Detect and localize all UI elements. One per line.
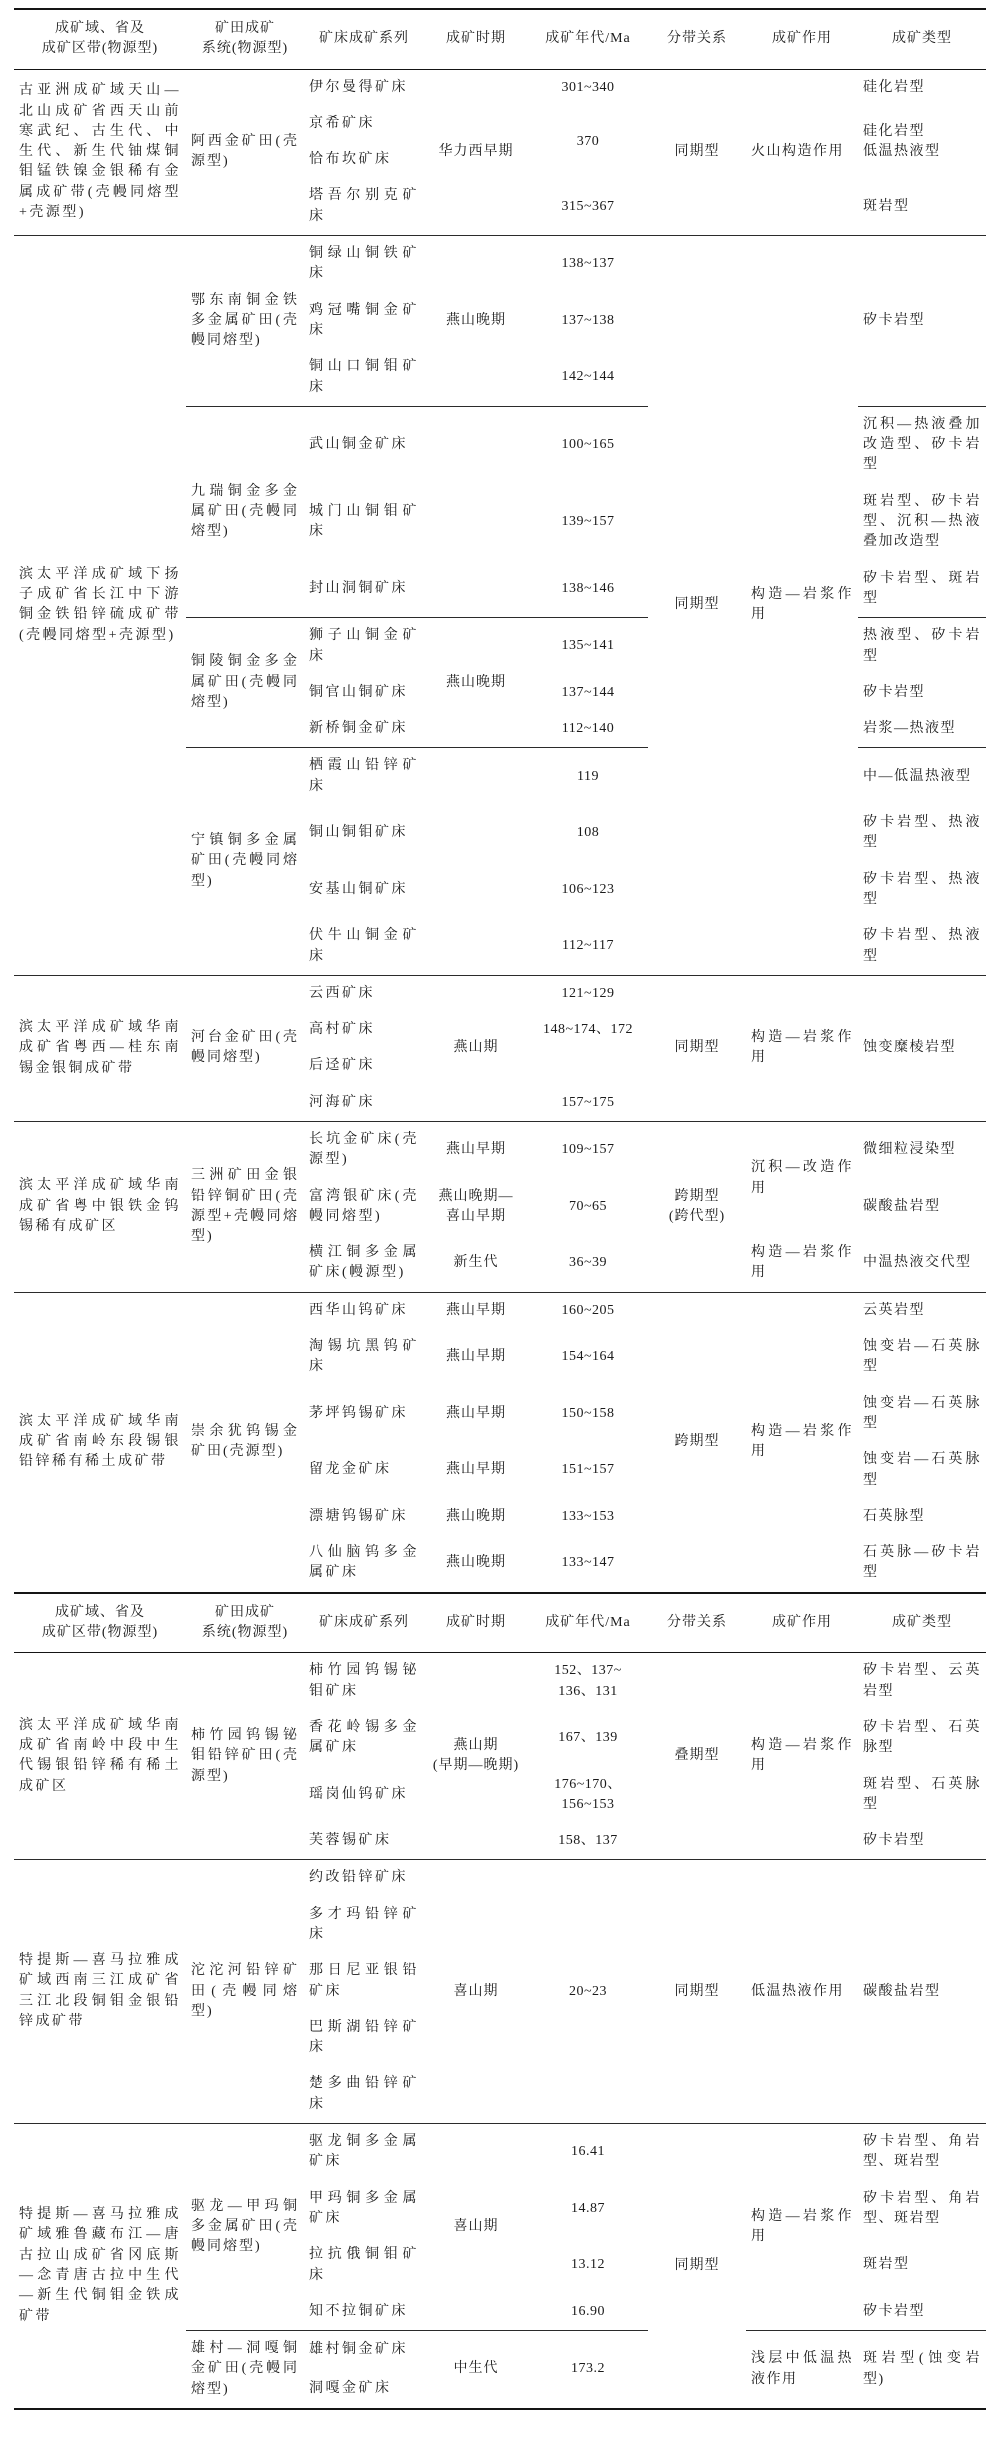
age-cell: 109~157 — [528, 1121, 648, 1178]
period-cell — [424, 406, 528, 617]
belt-cell: 滨太平洋成矿域华南成矿省粤西—桂东南锡金银铜成矿带 — [14, 975, 186, 1121]
age-cell: 121~129 — [528, 975, 648, 1012]
belt-cell: 特提斯—喜马拉雅成矿域雅鲁藏布江—唐古拉山成矿省冈底斯—念青唐古拉中生代—新生代… — [14, 2124, 186, 2409]
deposit-cell: 长坑金矿床(壳源型) — [304, 1121, 424, 1178]
deposit-cell: 狮子山铜金矿床 — [304, 618, 424, 675]
deposit-cell: 铜山铜钼矿床 — [304, 805, 424, 862]
type-cell: 矽卡岩型、角岩型、斑岩型 — [858, 2181, 986, 2238]
type-cell: 石英脉—矽卡岩型 — [858, 1535, 986, 1593]
age-cell: 14.87 — [528, 2181, 648, 2238]
period-cell: 燕山晚期 — [424, 1535, 528, 1593]
age-cell: 150~158 — [528, 1386, 648, 1443]
col-header-zoning: 分带关系 — [648, 1593, 746, 1653]
col-header-process: 成矿作用 — [746, 9, 858, 69]
deposit-cell: 多才玛铅锌矿床 — [304, 1897, 424, 1954]
age-cell: 157~175 — [528, 1085, 648, 1122]
col-header-process: 成矿作用 — [746, 1593, 858, 1653]
type-cell: 矽卡岩型、斑岩型 — [858, 561, 986, 618]
type-cell: 蚀变岩—石英脉型 — [858, 1329, 986, 1386]
age-cell: 173.2 — [528, 2331, 648, 2409]
age-cell: 160~205 — [528, 1292, 648, 1329]
age-cell: 301~340 — [528, 69, 648, 106]
table-row: 滨太平洋成矿域华南成矿省粤西—桂东南锡金银铜成矿带 河台金矿田(壳幔同熔型) 云… — [14, 975, 986, 1012]
type-cell: 硅化岩型 — [858, 69, 986, 106]
table-row: 滨太平洋成矿域下扬子成矿省长江中下游铜金铁铅锌硫成矿带(壳幔同熔型+壳源型) 鄂… — [14, 236, 986, 293]
deposit-cell: 驱龙铜多金属矿床 — [304, 2124, 424, 2181]
type-cell: 斑岩型 — [858, 2237, 986, 2294]
deposit-cell: 芙蓉锡矿床 — [304, 1823, 424, 1860]
period-cell: 燕山早期 — [424, 1442, 528, 1499]
age-cell — [528, 1048, 648, 1084]
age-cell: 70~65 — [528, 1179, 648, 1236]
deposit-cell: 伏牛山铜金矿床 — [304, 918, 424, 975]
age-cell: 16.41 — [528, 2124, 648, 2181]
type-cell: 斑岩型、石英脉型 — [858, 1767, 986, 1824]
process-cell: 构造—岩浆作用 — [746, 975, 858, 1121]
type-cell: 云英岩型 — [858, 1292, 986, 1329]
period-cell: 燕山早期 — [424, 1121, 528, 1178]
period-cell: 燕山晚期— 喜山早期 — [424, 1179, 528, 1236]
age-cell: 154~164 — [528, 1329, 648, 1386]
type-cell: 蚀变岩—石英脉型 — [858, 1386, 986, 1443]
orefield-cell: 崇余犹钨锡金矿田(壳源型) — [186, 1292, 304, 1592]
orefield-cell: 沱沱河铅锌矿田(壳幔同熔型) — [186, 1860, 304, 2124]
period-cell: 燕山早期 — [424, 1329, 528, 1386]
period-cell: 华力西早期 — [424, 69, 528, 235]
type-cell: 碳酸盐岩型 — [858, 1179, 986, 1236]
table-row: 滨太平洋成矿域华南成矿省南岭中段中生代锡银铅锌稀有稀土成矿区 柿竹园钨锡铋钼铅锌… — [14, 1653, 986, 1710]
period-cell: 燕山期 (早期—晚期) — [424, 1653, 528, 1860]
metallogenic-table: 成矿域、省及 成矿区带(物源型) 矿田成矿 系统(物源型) 矿床成矿系列 成矿时… — [14, 8, 986, 2410]
deposit-cell: 留龙金矿床 — [304, 1442, 424, 1499]
table-row: 滨太平洋成矿域华南成矿省粤中银铁金钨锡稀有成矿区 三洲矿田金银铅锌铜矿田(壳源型… — [14, 1121, 986, 1178]
zoning-cell: 同期型 — [648, 69, 746, 235]
orefield-cell: 柿竹园钨锡铋钼铅锌矿田(壳源型) — [186, 1653, 304, 1860]
deposit-cell: 云西矿床 — [304, 975, 424, 1012]
process-cell: 构造—岩浆作用 — [746, 1653, 858, 1860]
age-cell: 133~153 — [528, 1499, 648, 1535]
table-row: 滨太平洋成矿域华南成矿省南岭东段锡银铅锌稀有稀土成矿带 崇余犹钨锡金矿田(壳源型… — [14, 1292, 986, 1329]
col-header-age: 成矿年代/Ma — [528, 1593, 648, 1653]
belt-cell: 滨太平洋成矿域华南成矿省粤中银铁金钨锡稀有成矿区 — [14, 1121, 186, 1292]
deposit-cell: 甲玛铜多金属矿床 — [304, 2181, 424, 2238]
belt-cell: 特提斯—喜马拉雅成矿域西南三江成矿省三江北段铜钼金银铅锌成矿带 — [14, 1860, 186, 2124]
type-cell: 硅化岩型 低温热液型 — [858, 106, 986, 179]
zoning-cell: 跨期型 (跨代型) — [648, 1121, 746, 1292]
type-cell: 碳酸盐岩型 — [858, 1860, 986, 2124]
col-header-belt: 成矿域、省及 成矿区带(物源型) — [14, 9, 186, 69]
age-cell: 370 — [528, 106, 648, 179]
col-header-belt: 成矿域、省及 成矿区带(物源型) — [14, 1593, 186, 1653]
table-header-row-repeat: 成矿域、省及 成矿区带(物源型) 矿田成矿 系统(物源型) 矿床成矿系列 成矿时… — [14, 1593, 986, 1653]
deposit-cell: 铜绿山铜铁矿床 — [304, 236, 424, 293]
type-cell: 矽卡岩型、云英岩型 — [858, 1653, 986, 1710]
age-cell: 112~117 — [528, 918, 648, 975]
belt-cell: 滨太平洋成矿域华南成矿省南岭东段锡银铅锌稀有稀土成矿带 — [14, 1292, 186, 1592]
col-header-orefield: 矿田成矿 系统(物源型) — [186, 1593, 304, 1653]
process-cell: 低温热液作用 — [746, 1860, 858, 2124]
deposit-cell: 铜官山铜矿床 — [304, 675, 424, 711]
deposit-cell: 那日尼亚银铅矿床 — [304, 1953, 424, 2010]
age-cell: 137~138 — [528, 293, 648, 350]
period-cell: 喜山期 — [424, 2124, 528, 2331]
process-cell: 构造—岩浆作用 — [746, 236, 858, 976]
zoning-cell: 跨期型 — [648, 1292, 746, 1592]
deposit-cell: 后迳矿床 — [304, 1048, 424, 1084]
orefield-cell: 宁镇铜多金属矿田(壳幔同熔型) — [186, 748, 304, 975]
period-cell: 燕山早期 — [424, 1386, 528, 1443]
orefield-cell: 三洲矿田金银铅锌铜矿田(壳源型+壳幔同熔型) — [186, 1121, 304, 1292]
col-header-zoning: 分带关系 — [648, 9, 746, 69]
age-cell: 112~140 — [528, 711, 648, 748]
deposit-cell: 茅坪钨锡矿床 — [304, 1386, 424, 1443]
deposit-cell: 伊尔曼得矿床 — [304, 69, 424, 106]
deposit-cell: 高村矿床 — [304, 1012, 424, 1048]
type-cell: 矽卡岩型、热液型 — [858, 862, 986, 919]
col-header-type: 成矿类型 — [858, 9, 986, 69]
deposit-cell: 知不拉铜矿床 — [304, 2294, 424, 2331]
type-cell: 蚀变岩—石英脉型 — [858, 1442, 986, 1499]
type-cell: 矽卡岩型 — [858, 236, 986, 407]
age-cell: 142~144 — [528, 349, 648, 406]
deposit-cell: 楚多曲铅锌矿床 — [304, 2066, 424, 2123]
deposit-cell: 武山铜金矿床 — [304, 406, 424, 483]
deposit-cell: 铜山口铜钼矿床 — [304, 349, 424, 406]
deposit-cell: 京希矿床 — [304, 106, 424, 142]
period-cell: 燕山晚期 — [424, 1499, 528, 1535]
table-row: 古亚洲成矿域天山—北山成矿省西天山前寒武纪、古生代、中生代、新生代铀煤铜钼锰铁镍… — [14, 69, 986, 106]
type-cell: 矽卡岩型、石英脉型 — [858, 1710, 986, 1767]
process-cell: 构造—岩浆作用 — [746, 1292, 858, 1592]
deposit-cell: 洞嘎金矿床 — [304, 2370, 424, 2409]
type-cell: 沉积—热液叠加改造型、矽卡岩型 — [858, 406, 986, 483]
age-cell: 119 — [528, 748, 648, 805]
process-cell: 火山构造作用 — [746, 69, 858, 235]
process-cell: 构造—岩浆作用 — [746, 1235, 858, 1292]
period-cell: 喜山期 — [424, 1860, 528, 2124]
col-header-orefield: 矿田成矿 系统(物源型) — [186, 9, 304, 69]
col-header-age: 成矿年代/Ma — [528, 9, 648, 69]
age-cell: 167、139 — [528, 1710, 648, 1767]
zoning-cell: 同期型 — [648, 975, 746, 1121]
period-cell: 燕山晚期 — [424, 618, 528, 748]
deposit-cell: 拉抗俄铜钼矿床 — [304, 2237, 424, 2294]
deposit-cell: 瑶岗仙钨矿床 — [304, 1767, 424, 1824]
deposit-cell: 柿竹园钨锡铋钼矿床 — [304, 1653, 424, 1710]
orefield-cell: 铜陵铜金多金属矿田(壳幔同熔型) — [186, 618, 304, 748]
age-cell: 139~157 — [528, 484, 648, 561]
type-cell: 热液型、矽卡岩型 — [858, 618, 986, 675]
type-cell: 矽卡岩型 — [858, 675, 986, 711]
deposit-cell: 安基山铜矿床 — [304, 862, 424, 919]
period-cell — [424, 748, 528, 975]
deposit-cell: 淘锡坑黑钨矿床 — [304, 1329, 424, 1386]
orefield-cell: 九瑞铜金多金属矿田(壳幔同熔型) — [186, 406, 304, 617]
age-cell: 315~367 — [528, 178, 648, 235]
deposit-cell: 塔吾尔别克矿床 — [304, 178, 424, 235]
col-header-period: 成矿时期 — [424, 9, 528, 69]
deposit-cell: 雄村铜金矿床 — [304, 2331, 424, 2370]
deposit-cell: 香花岭锡多金属矿床 — [304, 1710, 424, 1767]
deposit-cell: 封山洞铜矿床 — [304, 561, 424, 618]
deposit-cell: 西华山钨矿床 — [304, 1292, 424, 1329]
belt-cell: 古亚洲成矿域天山—北山成矿省西天山前寒武纪、古生代、中生代、新生代铀煤铜钼锰铁镍… — [14, 69, 186, 235]
orefield-cell: 阿西金矿田(壳源型) — [186, 69, 304, 235]
deposit-cell: 新桥铜金矿床 — [304, 711, 424, 748]
period-cell: 燕山晚期 — [424, 236, 528, 407]
orefield-cell: 河台金矿田(壳幔同熔型) — [186, 975, 304, 1121]
col-header-period: 成矿时期 — [424, 1593, 528, 1653]
deposit-cell: 漂塘钨锡矿床 — [304, 1499, 424, 1535]
type-cell: 石英脉型 — [858, 1499, 986, 1535]
page: 成矿域、省及 成矿区带(物源型) 矿田成矿 系统(物源型) 矿床成矿系列 成矿时… — [0, 0, 1000, 2438]
deposit-cell: 恰布坎矿床 — [304, 142, 424, 178]
type-cell: 斑岩型 — [858, 178, 986, 235]
age-cell: 151~157 — [528, 1442, 648, 1499]
type-cell: 矽卡岩型 — [858, 2294, 986, 2331]
age-cell: 106~123 — [528, 862, 648, 919]
deposit-cell: 八仙脑钨多金属矿床 — [304, 1535, 424, 1593]
col-header-series: 矿床成矿系列 — [304, 1593, 424, 1653]
period-cell: 燕山早期 — [424, 1292, 528, 1329]
deposit-cell: 约改铅锌矿床 — [304, 1860, 424, 1897]
age-cell: 138~137 — [528, 236, 648, 293]
belt-cell: 滨太平洋成矿域下扬子成矿省长江中下游铜金铁铅锌硫成矿带(壳幔同熔型+壳源型) — [14, 236, 186, 976]
age-cell: 36~39 — [528, 1235, 648, 1292]
table-row: 特提斯—喜马拉雅成矿域雅鲁藏布江—唐古拉山成矿省冈底斯—念青唐古拉中生代—新生代… — [14, 2124, 986, 2181]
type-cell: 蚀变糜棱岩型 — [858, 975, 986, 1121]
age-cell: 108 — [528, 805, 648, 862]
type-cell: 矽卡岩型、角岩型、斑岩型 — [858, 2124, 986, 2181]
age-cell: 20~23 — [528, 1860, 648, 2124]
orefield-cell: 鄂东南铜金铁多金属矿田(壳幔同熔型) — [186, 236, 304, 407]
type-cell: 斑岩型、矽卡岩型、沉积—热液叠加改造型 — [858, 484, 986, 561]
age-cell: 138~146 — [528, 561, 648, 618]
type-cell: 中—低温热液型 — [858, 748, 986, 805]
belt-cell: 滨太平洋成矿域华南成矿省南岭中段中生代锡银铅锌稀有稀土成矿区 — [14, 1653, 186, 1860]
type-cell: 斑岩型(蚀变岩型) — [858, 2331, 986, 2409]
type-cell: 岩浆—热液型 — [858, 711, 986, 748]
period-cell: 燕山期 — [424, 975, 528, 1121]
type-cell: 微细粒浸染型 — [858, 1121, 986, 1178]
age-cell: 16.90 — [528, 2294, 648, 2331]
type-cell: 矽卡岩型、热液型 — [858, 805, 986, 862]
age-cell: 133~147 — [528, 1535, 648, 1593]
age-cell: 176~170、 156~153 — [528, 1767, 648, 1824]
col-header-series: 矿床成矿系列 — [304, 9, 424, 69]
orefield-cell: 驱龙—甲玛铜多金属矿田(壳幔同熔型) — [186, 2124, 304, 2331]
zoning-cell: 同期型 — [648, 236, 746, 976]
table-row: 特提斯—喜马拉雅成矿域西南三江成矿省三江北段铜钼金银铅锌成矿带 沱沱河铅锌矿田(… — [14, 1860, 986, 1897]
zoning-cell: 叠期型 — [648, 1653, 746, 1860]
process-cell: 沉积—改造作用 — [746, 1121, 858, 1235]
zoning-cell: 同期型 — [648, 2124, 746, 2409]
deposit-cell: 横江铜多金属矿床(幔源型) — [304, 1235, 424, 1292]
period-cell: 新生代 — [424, 1235, 528, 1292]
orefield-cell: 雄村—洞嘎铜金矿田(壳幔同熔型) — [186, 2331, 304, 2409]
table-header-row: 成矿域、省及 成矿区带(物源型) 矿田成矿 系统(物源型) 矿床成矿系列 成矿时… — [14, 9, 986, 69]
deposit-cell: 富湾银矿床(壳幔同熔型) — [304, 1179, 424, 1236]
deposit-cell: 鸡冠嘴铜金矿床 — [304, 293, 424, 350]
type-cell: 中温热液交代型 — [858, 1235, 986, 1292]
period-cell: 中生代 — [424, 2331, 528, 2409]
age-cell: 137~144 — [528, 675, 648, 711]
type-cell: 矽卡岩型、热液型 — [858, 918, 986, 975]
process-cell: 浅层中低温热液作用 — [746, 2331, 858, 2409]
age-cell: 100~165 — [528, 406, 648, 483]
age-cell: 148~174、172 — [528, 1012, 648, 1048]
age-cell: 158、137 — [528, 1823, 648, 1860]
deposit-cell: 巴斯湖铅锌矿床 — [304, 2010, 424, 2067]
deposit-cell: 城门山铜钼矿床 — [304, 484, 424, 561]
col-header-type: 成矿类型 — [858, 1593, 986, 1653]
type-cell: 矽卡岩型 — [858, 1823, 986, 1860]
age-cell: 13.12 — [528, 2237, 648, 2294]
process-cell: 构造—岩浆作用 — [746, 2124, 858, 2331]
zoning-cell: 同期型 — [648, 1860, 746, 2124]
deposit-cell: 河海矿床 — [304, 1085, 424, 1122]
age-cell: 152、137~ 136、131 — [528, 1653, 648, 1710]
age-cell: 135~141 — [528, 618, 648, 675]
deposit-cell: 栖霞山铅锌矿床 — [304, 748, 424, 805]
